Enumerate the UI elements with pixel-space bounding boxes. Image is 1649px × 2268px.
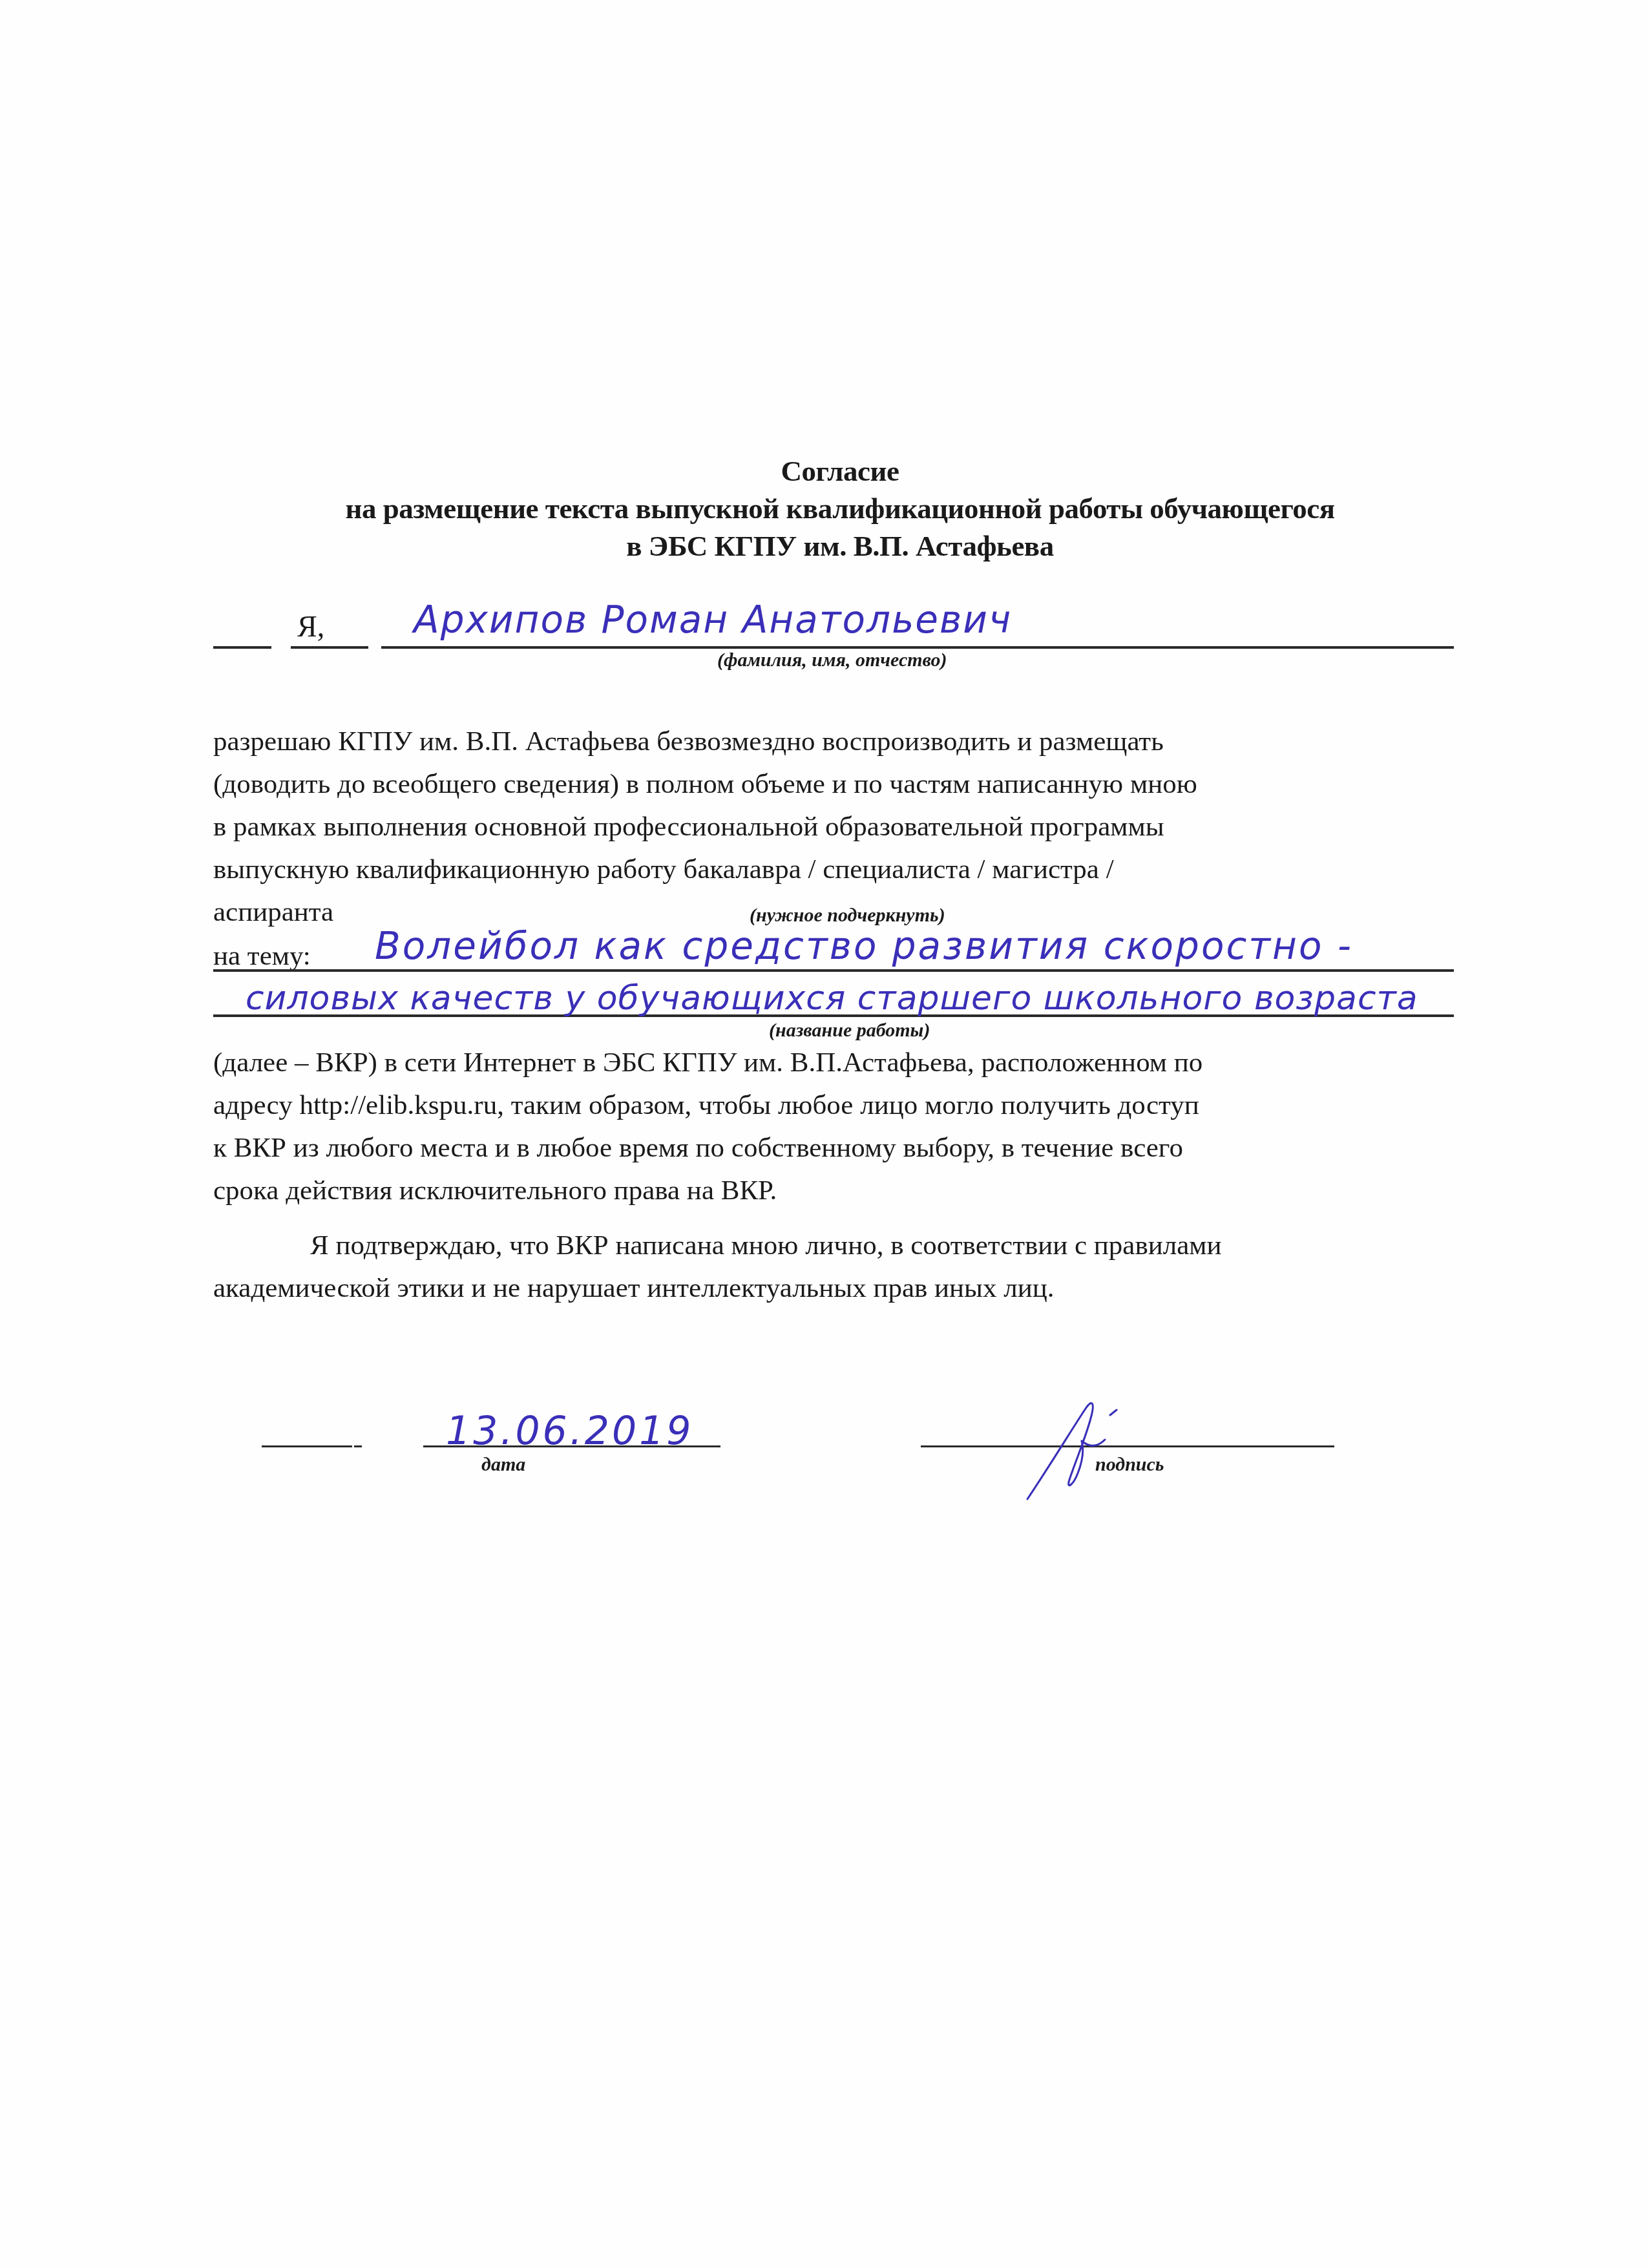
permission-line: выпускную квалификационную работу бакала… (213, 848, 1460, 891)
publication-paragraph: (далее – ВКР) в сети Интернет в ЭБС КГПУ… (213, 1042, 1460, 1212)
permission-paragraph: разрешаю КГПУ им. В.П. Астафьева безвозм… (213, 720, 1460, 934)
date-handwritten: 13.06.2019 (446, 1409, 694, 1454)
signature-caption: подпись (1095, 1454, 1164, 1476)
applicant-prefix: Я, (297, 609, 324, 644)
permission-line: (доводить до всеобщего сведения) в полно… (213, 763, 1460, 806)
publication-line: срока действия исключительного права на … (213, 1170, 1460, 1212)
name-rule-left (213, 646, 271, 649)
confirmation-paragraph: Я подтверждаю, что ВКР написана мною лич… (213, 1224, 1460, 1310)
document-page: Согласие на размещение текста выпускной … (0, 0, 1649, 2268)
name-rule-main (381, 646, 1454, 649)
theme-rule-1 (213, 969, 1454, 972)
theme-line-2-handwritten: силовых качеств у обучающихся старшего ш… (246, 979, 1418, 1018)
confirmation-line: Я подтверждаю, что ВКР написана мною лич… (213, 1224, 1460, 1267)
confirmation-line: академической этики и не нарушает интелл… (213, 1267, 1460, 1310)
date-rule-left (262, 1445, 352, 1447)
title-line-1: Согласие (194, 452, 1486, 490)
signature-icon (1014, 1389, 1144, 1506)
work-title-caption: (название работы) (769, 1020, 930, 1042)
theme-line-1-handwritten: Волейбол как средство развития скоростно… (375, 924, 1353, 968)
publication-line: (далее – ВКР) в сети Интернет в ЭБС КГПУ… (213, 1042, 1460, 1084)
underline-needed-caption: (нужное подчеркнуть) (750, 905, 945, 927)
title-line-2: на размещение текста выпускной квалифика… (194, 490, 1486, 527)
publication-line: адресу http://elib.kspu.ru, таким образо… (213, 1084, 1460, 1127)
permission-line: разрешаю КГПУ им. В.П. Астафьева безвозм… (213, 720, 1460, 763)
document-title: Согласие на размещение текста выпускной … (194, 452, 1486, 565)
applicant-name-handwritten: Архипов Роман Анатольевич (414, 598, 1012, 642)
permission-line: в рамках выполнения основной профессиона… (213, 806, 1460, 848)
theme-label: на тему: (213, 940, 311, 972)
date-caption: дата (481, 1454, 525, 1476)
date-rule-value (354, 1445, 406, 1447)
title-line-3: в ЭБС КГПУ им. В.П. Астафьева (194, 527, 1486, 565)
publication-line: к ВКР из любого места и в любое время по… (213, 1127, 1460, 1170)
name-rule-prefix (291, 646, 368, 649)
applicant-name-caption: (фамилия, имя, отчество) (717, 649, 947, 671)
